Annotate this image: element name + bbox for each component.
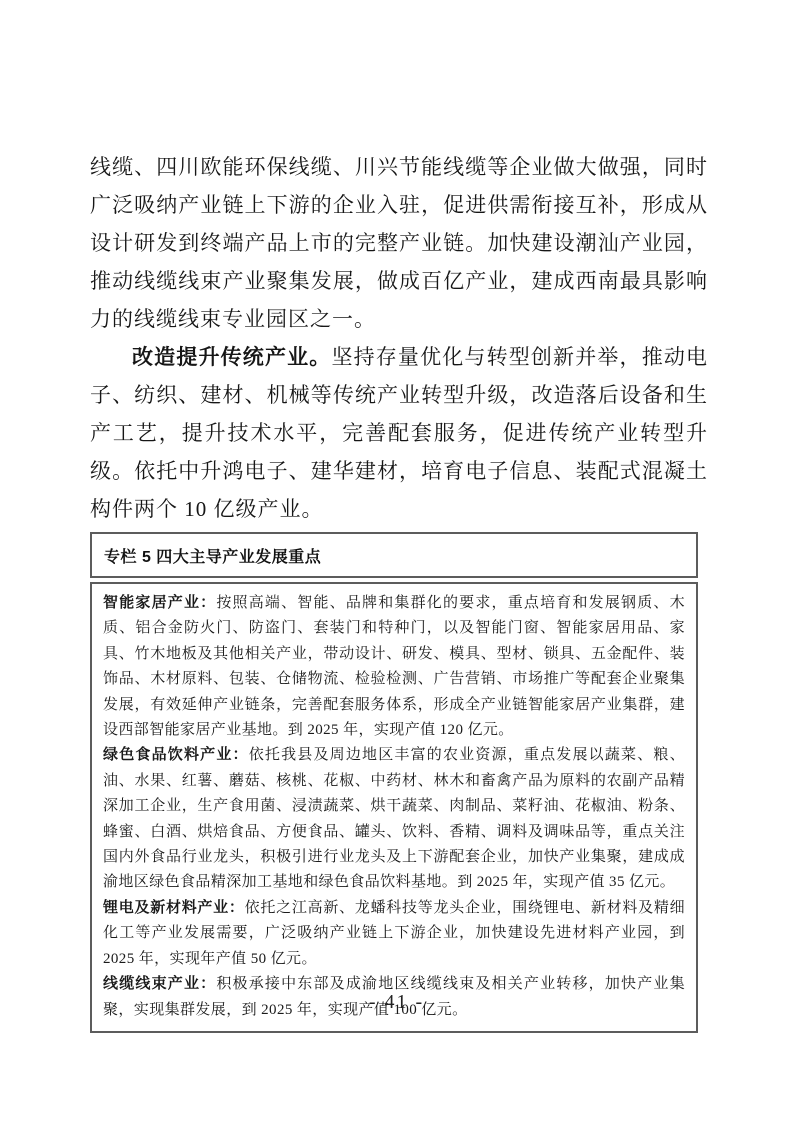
paragraph-body-text: 坚持存量优化与转型创新并举，推动电子、纺织、建材、机械等传统产业转型升级，改造落… <box>90 345 708 521</box>
document-page: 线缆、四川欧能环保线缆、川兴节能线缆等企业做大做强，同时广泛吸纳产业链上下游的企… <box>0 0 793 1122</box>
section-smart-home-industry: 智能家居产业：按照高端、智能、品牌和集群化的要求，重点培育和发展钢质、木质、铝合… <box>103 591 685 743</box>
page-number: - 41 - <box>0 991 793 1014</box>
section-label: 绿色食品饮料产业： <box>103 747 249 763</box>
column5-panel: 专栏 5 四大主导产业发展重点 智能家居产业：按照高端、智能、品牌和集群化的要求… <box>90 532 698 1033</box>
column5-panel-body: 智能家居产业：按照高端、智能、品牌和集群化的要求，重点培育和发展钢质、木质、铝合… <box>90 582 698 1033</box>
section-text: 按照高端、智能、品牌和集群化的要求，重点培育和发展钢质、木质、铝合金防火门、防盗… <box>103 595 685 738</box>
section-lithium-materials-industry: 锂电及新材料产业：依托之江高新、龙蟠科技等龙头企业，围绕锂电、新材料及精细化工等… <box>103 896 685 972</box>
paragraph-bold-lead: 改造提升传统产业。 <box>132 345 331 369</box>
column5-panel-title: 专栏 5 四大主导产业发展重点 <box>90 532 698 578</box>
page-content: 线缆、四川欧能环保线缆、川兴节能线缆等企业做大做强，同时广泛吸纳产业链上下游的企… <box>90 148 708 1033</box>
paragraph-cable-industry: 线缆、四川欧能环保线缆、川兴节能线缆等企业做大做强，同时广泛吸纳产业链上下游的企… <box>90 148 708 338</box>
section-label: 智能家居产业： <box>103 595 216 611</box>
section-label: 线缆线束产业： <box>103 976 216 992</box>
section-label: 锂电及新材料产业： <box>103 900 245 916</box>
section-green-food-industry: 绿色食品饮料产业：依托我县及周边地区丰富的农业资源，重点发展以蔬菜、粮、油、水果… <box>103 743 685 895</box>
section-text: 依托我县及周边地区丰富的农业资源，重点发展以蔬菜、粮、油、水果、红薯、蘑菇、核桃… <box>103 747 685 890</box>
paragraph-traditional-industry: 改造提升传统产业。坚持存量优化与转型创新并举，推动电子、纺织、建材、机械等传统产… <box>90 338 708 528</box>
